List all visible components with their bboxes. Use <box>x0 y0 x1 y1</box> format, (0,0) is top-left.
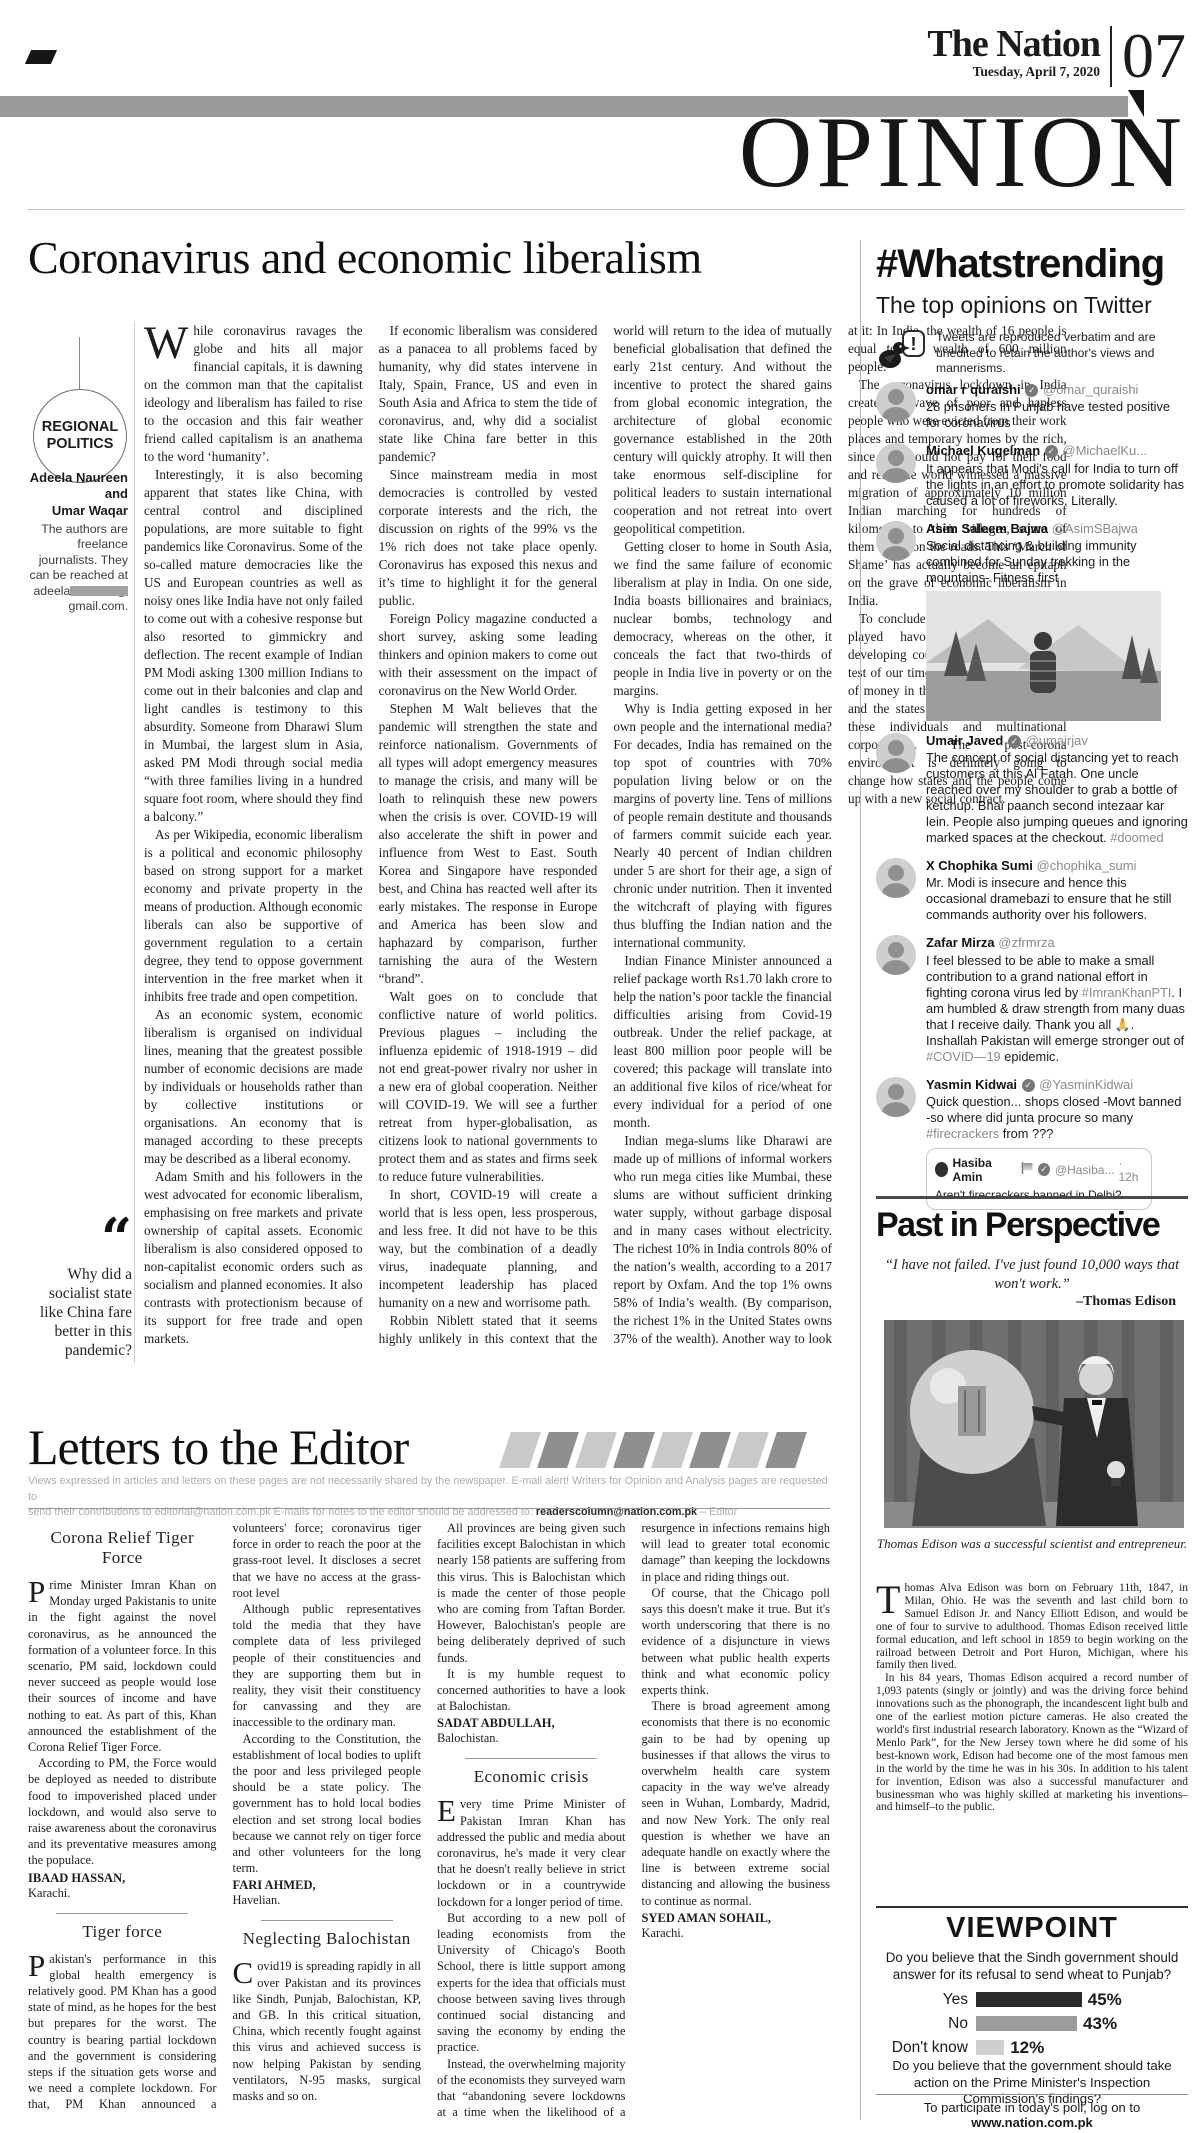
svg-text:!: ! <box>911 334 917 354</box>
letters-title: Letters to the Editor <box>28 1418 408 1476</box>
tweet-body: Zafar Mirza @zfrmrzaI feel blessed to be… <box>926 935 1188 1064</box>
letter-location: Karachi. <box>642 1926 831 1941</box>
tweet-header: Yasmin Kidwai ✓ @YasminKidwai <box>926 1077 1188 1093</box>
tweet-handle[interactable]: @AsimSBajwa <box>1052 521 1138 536</box>
whatstrending-title: #Whatstrending <box>876 242 1164 287</box>
viewpoint-title: VIEWPOINT <box>876 1912 1188 1945</box>
letter-paragraph: According to the Constitution, the estab… <box>233 1731 422 1877</box>
tweet-author: Yasmin Kidwai <box>926 1077 1021 1092</box>
past-in-perspective-title: Past in Perspective <box>876 1206 1159 1245</box>
poll-percentage: 12% <box>1004 2038 1044 2058</box>
quote-icon: “ <box>28 1218 132 1259</box>
pull-quote: “ Why did a socialist state like China f… <box>28 1218 132 1360</box>
article-paragraph: Interestingly, it is also becoming appar… <box>144 466 363 826</box>
tweet-text: I feel blessed to be able to make a smal… <box>926 953 1188 1065</box>
verified-badge-icon: ✓ <box>1045 445 1058 458</box>
letter-heading: Neglecting Balochistan <box>233 1929 422 1949</box>
tweet-list: omar r quraishi ✓ @omar_quraishi28 priso… <box>876 382 1188 1210</box>
avatar <box>876 935 916 975</box>
article-paragraph: Getting closer to home in South Asia, we… <box>613 538 832 700</box>
newspaper-page: The Nation Tuesday, April 7, 2020 07 OPI… <box>0 0 1200 2133</box>
title-stripe <box>613 1432 655 1468</box>
tweet-author: Zafar Mirza <box>926 935 998 950</box>
avatar <box>876 858 916 898</box>
tweet-header: Asim Saleem Bajwa @AsimSBajwa <box>926 521 1188 537</box>
tweet-text: Mr. Modi is insecure and hence this occa… <box>926 875 1188 923</box>
edison-bio-paragraph: In his 84 years, Thomas Edison acquired … <box>876 1672 1188 1814</box>
quoted-tweet[interactable]: Hasiba Amin✓@Hasiba...· 12hAren't firecr… <box>926 1148 1152 1210</box>
letter-signature: IBAAD HASSAN, <box>28 1871 217 1886</box>
tweet-header: omar r quraishi ✓ @omar_quraishi <box>926 382 1188 398</box>
tweet-header: Zafar Mirza @zfrmrza <box>926 935 1188 951</box>
tweet-author: Michael Kugelman <box>926 443 1044 458</box>
quoted-time: · 12h <box>1118 1156 1143 1184</box>
corner-flag-decoration <box>25 50 57 64</box>
edison-photo <box>884 1320 1184 1528</box>
past-in-perspective-rule <box>876 1196 1188 1199</box>
poll-percentage: 45% <box>1082 1990 1122 2010</box>
letter-paragraph: Of course, that the Chicago poll says th… <box>642 1585 831 1698</box>
viewpoint-question: Do you believe that the Sindh government… <box>876 1950 1188 1984</box>
edison-quote: “I have not failed. I've just found 10,0… <box>876 1256 1188 1294</box>
hashtag-link[interactable]: #COVID—19 <box>926 1049 1001 1064</box>
avatar <box>876 443 916 483</box>
article-paragraph: In short, COVID-19 will create a world t… <box>379 1186 598 1312</box>
letter-signature: FARI AHMED, <box>233 1878 422 1893</box>
whatstrending-subtitle: The top opinions on Twitter <box>876 292 1152 319</box>
letter-location: Balochistan. <box>437 1731 626 1746</box>
letter-location: Karachi. <box>28 1886 217 1901</box>
tweet-body: Michael Kugelman ✓ @MichaelKu...It appea… <box>926 443 1188 508</box>
poll-percentage: 43% <box>1077 2014 1117 2034</box>
tweet-handle[interactable]: @zfrmrza <box>998 935 1055 950</box>
tweet-body: Asim Saleem Bajwa @AsimSBajwaSocial dist… <box>926 521 1188 721</box>
disclaimer-rule <box>28 1508 830 1509</box>
issue-date: Tuesday, April 7, 2020 <box>927 64 1100 80</box>
title-stripe <box>689 1432 731 1468</box>
participate-text: To participate in today's poll, log on t… <box>924 2100 1140 2115</box>
letters-title-stripes <box>505 1432 801 1468</box>
letter-signature: SYED AMAN SOHAIL, <box>642 1911 831 1926</box>
poll-bar <box>976 2040 1004 2055</box>
kicker-pointer-line <box>79 337 80 389</box>
viewpoint-poll-bars: Yes45%No43%Don't know12% <box>876 1990 1188 2057</box>
tweet-author: X Chophika Sumi <box>926 858 1037 873</box>
author-name: Adeela Naureen <box>28 470 128 486</box>
tweet: Umair Javed ✓ @umairjavThe concept of so… <box>876 733 1188 846</box>
tweet-handle[interactable]: @MichaelKu... <box>1062 443 1147 458</box>
letter-paragraph: Covid19 is spreading rapidly in all over… <box>233 1958 422 2104</box>
tweet-text: It appears that Modi's call for India to… <box>926 461 1188 509</box>
letter-paragraph: There is broad agreement among economist… <box>642 1698 831 1909</box>
quoted-tweet-header: Hasiba Amin✓@Hasiba...· 12h <box>935 1156 1143 1184</box>
tweet: X Chophika Sumi @chophika_sumiMr. Modi i… <box>876 858 1188 923</box>
letter-paragraph: It is my humble request to concerned aut… <box>437 1666 626 1715</box>
quoted-text: Aren't firecrackers banned in Delhi? <box>935 1188 1143 1202</box>
tweet: omar r quraishi ✓ @omar_quraishi28 priso… <box>876 382 1188 431</box>
tweet-body: X Chophika Sumi @chophika_sumiMr. Modi i… <box>926 858 1188 923</box>
edison-photo-caption: Thomas Edison was a successful scientist… <box>876 1536 1188 1553</box>
title-stripe <box>727 1432 769 1468</box>
article-paragraph: Walt goes on to conclude that conflictiv… <box>379 988 598 1186</box>
tweet-header: Umair Javed ✓ @umairjav <box>926 733 1188 749</box>
viewpoint-top-rule <box>876 1906 1188 1908</box>
poll-result-row: Don't know12% <box>876 2038 1188 2057</box>
viewpoint-participate: To participate in today's poll, log on t… <box>876 2100 1188 2130</box>
article-paragraph: Why is India getting exposed in her own … <box>613 700 832 952</box>
letter-signature: SADAT ABDULLAH, <box>437 1716 626 1731</box>
tweet-text: Social distancing & building immunity co… <box>926 538 1188 586</box>
paper-name: The Nation <box>927 26 1100 62</box>
tweet-text: 28 prisoners in Punjab have tested posit… <box>926 399 1188 431</box>
hashtag-link[interactable]: #firecrackers <box>926 1126 999 1141</box>
title-stripe <box>499 1432 541 1468</box>
letters-disclaimer: Views expressed in articles and letters … <box>28 1474 830 1521</box>
avatar <box>876 1077 916 1117</box>
article-headline: Coronavirus and economic liberalism <box>28 231 702 284</box>
title-stripe <box>537 1432 579 1468</box>
kicker-label: REGIONAL POLITICS <box>34 419 126 452</box>
tweet-header: Michael Kugelman ✓ @MichaelKu... <box>926 443 1188 459</box>
pride-flag-icon <box>1021 1162 1033 1177</box>
poll-option-label: No <box>876 2015 976 2033</box>
edison-bio-paragraph: Thomas Alva Edison was born on February … <box>876 1582 1188 1672</box>
author-name: Umar Waqar <box>28 503 128 519</box>
page-number: 07 <box>1122 26 1186 87</box>
letter-divider <box>56 1913 188 1914</box>
letter-heading: Economic crisis <box>437 1767 626 1787</box>
article-body: While coronavirus ravages the globe and … <box>144 322 832 1365</box>
tweet-handle[interactable]: @omar_quraishi <box>1043 382 1139 397</box>
rail-divider <box>134 322 135 1363</box>
byline-end-bar <box>70 586 128 596</box>
poll-bar <box>976 1992 1082 2007</box>
article-paragraph: As an economic system, economic liberali… <box>144 1006 363 1168</box>
poll-bar <box>976 2016 1077 2031</box>
pull-quote-text: Why did a socialist state like China far… <box>28 1265 132 1360</box>
article-paragraph: If economic liberalism was considered as… <box>379 322 598 466</box>
tweet-handle[interactable]: @umairjav <box>1026 733 1088 748</box>
tweet: Michael Kugelman ✓ @MichaelKu...It appea… <box>876 443 1188 508</box>
title-stripe <box>575 1432 617 1468</box>
tweet: Yasmin Kidwai ✓ @YasminKidwaiQuick quest… <box>876 1077 1188 1210</box>
avatar <box>935 1162 948 1177</box>
tweet-author: Umair Javed <box>926 733 1007 748</box>
author-bio: The authors are freelance journalists. T… <box>28 522 128 615</box>
masthead-left: The Nation Tuesday, April 7, 2020 <box>927 26 1100 87</box>
letter-heading: Corona Relief Tiger Force <box>28 1528 217 1568</box>
section-title: OPINION <box>739 102 1186 204</box>
poll-option-label: Don't know <box>876 2039 976 2057</box>
tweet-body: Yasmin Kidwai ✓ @YasminKidwaiQuick quest… <box>926 1077 1188 1210</box>
letters-body: Corona Relief Tiger ForcePrime Minister … <box>28 1520 830 2128</box>
masthead-divider <box>1110 26 1112 87</box>
whatstrending-note: ! Tweets are reproduced verbatim and are… <box>876 330 1188 377</box>
article-paragraph: Since mainstream media in most democraci… <box>379 466 598 610</box>
author-conjunction: and <box>28 486 128 502</box>
hashtag-link[interactable]: #doomed <box>1110 830 1163 845</box>
article-paragraph: As per Wikipedia, economic liberalism is… <box>144 826 363 1006</box>
kicker-badge: REGIONAL POLITICS <box>33 389 127 483</box>
tweet-photo <box>926 591 1161 721</box>
title-stripe <box>651 1432 693 1468</box>
letter-heading: Tiger force <box>28 1922 217 1942</box>
tweet-body: Umair Javed ✓ @umairjavThe concept of so… <box>926 733 1188 846</box>
edison-quote-attribution: –Thomas Edison <box>876 1294 1176 1310</box>
tweet-text: The concept of social distancing yet to … <box>926 750 1188 846</box>
tweet-header: X Chophika Sumi @chophika_sumi <box>926 858 1188 874</box>
letter-paragraph: Although public representatives told the… <box>233 1601 422 1731</box>
article-paragraph: Indian Finance Minister announced a reli… <box>613 952 832 1132</box>
sidebar-divider <box>860 240 861 2120</box>
letter-paragraph: But according to a new poll of leading e… <box>437 1910 626 2056</box>
verified-badge-icon: ✓ <box>1008 735 1021 748</box>
article-paragraph: Adam Smith and his followers in the west… <box>144 1168 363 1348</box>
letter-paragraph: All provinces are being given such facil… <box>437 1520 626 1666</box>
verified-badge-icon: ✓ <box>1025 384 1038 397</box>
poll-option-label: Yes <box>876 1991 976 2009</box>
verified-badge-icon: ✓ <box>1022 1079 1035 1092</box>
tweet-text: Quick question... shops closed -Movt ban… <box>926 1094 1188 1142</box>
whatstrending-note-text: Tweets are reproduced verbatim and are u… <box>936 330 1188 377</box>
article-paragraph: While coronavirus ravages the globe and … <box>144 322 363 466</box>
avatar <box>876 521 916 561</box>
tweet: Asim Saleem Bajwa @AsimSBajwaSocial dist… <box>876 521 1188 721</box>
tweet: Zafar Mirza @zfrmrzaI feel blessed to be… <box>876 935 1188 1064</box>
poll-result-row: No43% <box>876 2014 1188 2033</box>
article-paragraph: Stephen M Walt believes that the pandemi… <box>379 700 598 988</box>
hashtag-link[interactable]: #ImranKhanPTI <box>1082 985 1172 1000</box>
twitter-bird-icon: ! <box>876 330 928 377</box>
letter-divider <box>465 1758 597 1759</box>
letter-location: Havelian. <box>233 1893 422 1908</box>
title-stripe <box>765 1432 807 1468</box>
tweet-author: omar r quraishi <box>926 382 1024 397</box>
viewpoint-bottom-rule <box>876 2094 1188 2095</box>
tweet-body: omar r quraishi ✓ @omar_quraishi28 priso… <box>926 382 1188 431</box>
poll-website-link[interactable]: www.nation.com.pk <box>971 2115 1093 2130</box>
letter-divider <box>261 1920 393 1921</box>
letter-paragraph: Prime Minister Imran Khan on Monday urge… <box>28 1577 217 1755</box>
letter-paragraph: According to PM, the Force would be depl… <box>28 1755 217 1868</box>
tweet-handle[interactable]: @chophika_sumi <box>1037 858 1137 873</box>
masthead: The Nation Tuesday, April 7, 2020 07 <box>927 26 1186 87</box>
verified-badge-icon: ✓ <box>1038 1163 1050 1176</box>
article-paragraph: Foreign Policy magazine conducted a shor… <box>379 610 598 700</box>
poll-result-row: Yes45% <box>876 1990 1188 2009</box>
disclaimer-line1: Views expressed in articles and letters … <box>28 1475 828 1503</box>
avatar <box>876 382 916 422</box>
tweet-handle[interactable]: @YasminKidwai <box>1039 1077 1133 1092</box>
letter-paragraph: Every time Prime Minister of Pakistan Im… <box>437 1796 626 1909</box>
edison-bio: Thomas Alva Edison was born on February … <box>876 1582 1188 1902</box>
quoted-handle[interactable]: @Hasiba... <box>1055 1163 1115 1177</box>
top-rule <box>28 209 1185 210</box>
tweet-author: Asim Saleem Bajwa <box>926 521 1052 536</box>
avatar <box>876 733 916 773</box>
quoted-author: Hasiba Amin <box>952 1156 1017 1184</box>
